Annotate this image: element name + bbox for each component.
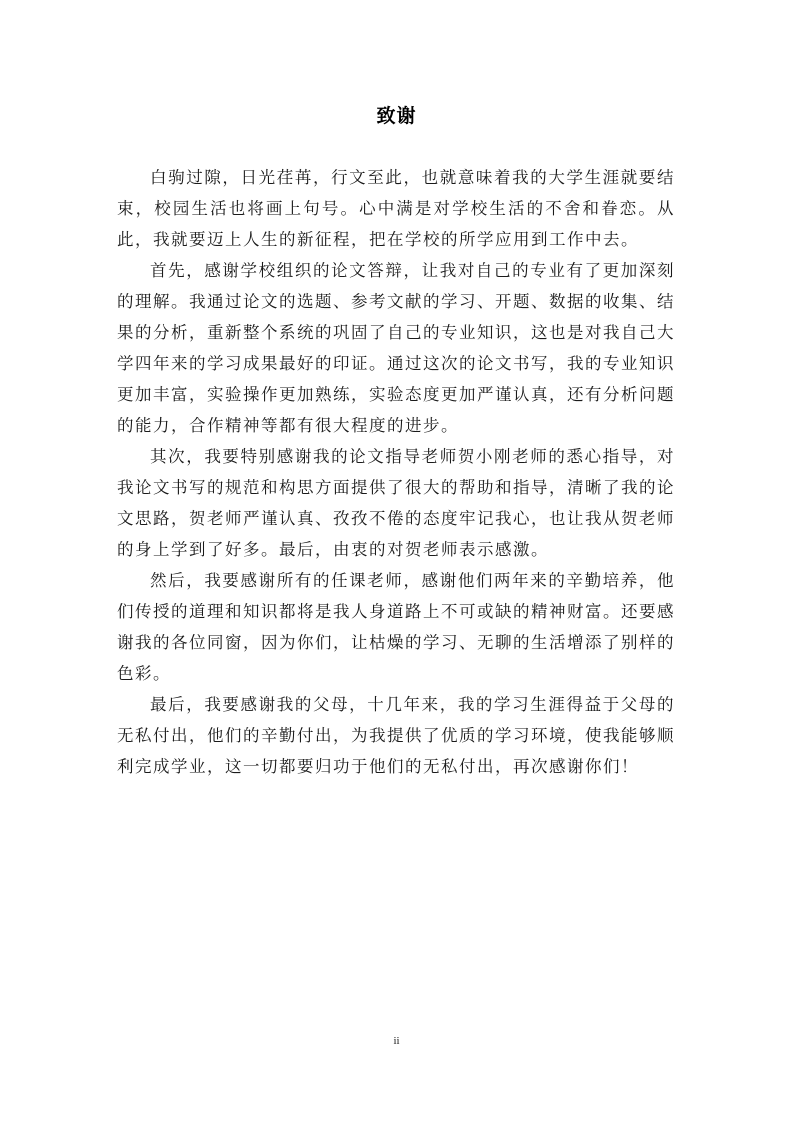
paragraph-intro: 白驹过隙，日光荏苒，行文至此，也就意味着我的大学生涯就要结束，校园生活也将画上句… xyxy=(117,162,675,255)
document-page: 致谢 白驹过隙，日光荏苒，行文至此，也就意味着我的大学生涯就要结束，校园生活也将… xyxy=(0,0,793,1122)
paragraph-thesis-defense: 首先，感谢学校组织的论文答辩，让我对自己的专业有了更加深刻的理解。我通过论文的选… xyxy=(117,255,675,441)
acknowledgement-body: 白驹过隙，日光荏苒，行文至此，也就意味着我的大学生涯就要结束，校园生活也将画上句… xyxy=(117,162,675,782)
paragraph-teachers-classmates: 然后，我要感谢所有的任课老师，感谢他们两年来的辛勤培养，他们传授的道理和知识都将… xyxy=(117,565,675,689)
paragraph-parents: 最后，我要感谢我的父母，十几年来，我的学习生涯得益于父母的无私付出，他们的辛勤付… xyxy=(117,689,675,782)
page-title: 致谢 xyxy=(0,104,793,128)
page-number: ii xyxy=(0,1034,793,1048)
paragraph-advisor: 其次，我要特别感谢我的论文指导老师贺小刚老师的悉心指导，对我论文书写的规范和构思… xyxy=(117,441,675,565)
